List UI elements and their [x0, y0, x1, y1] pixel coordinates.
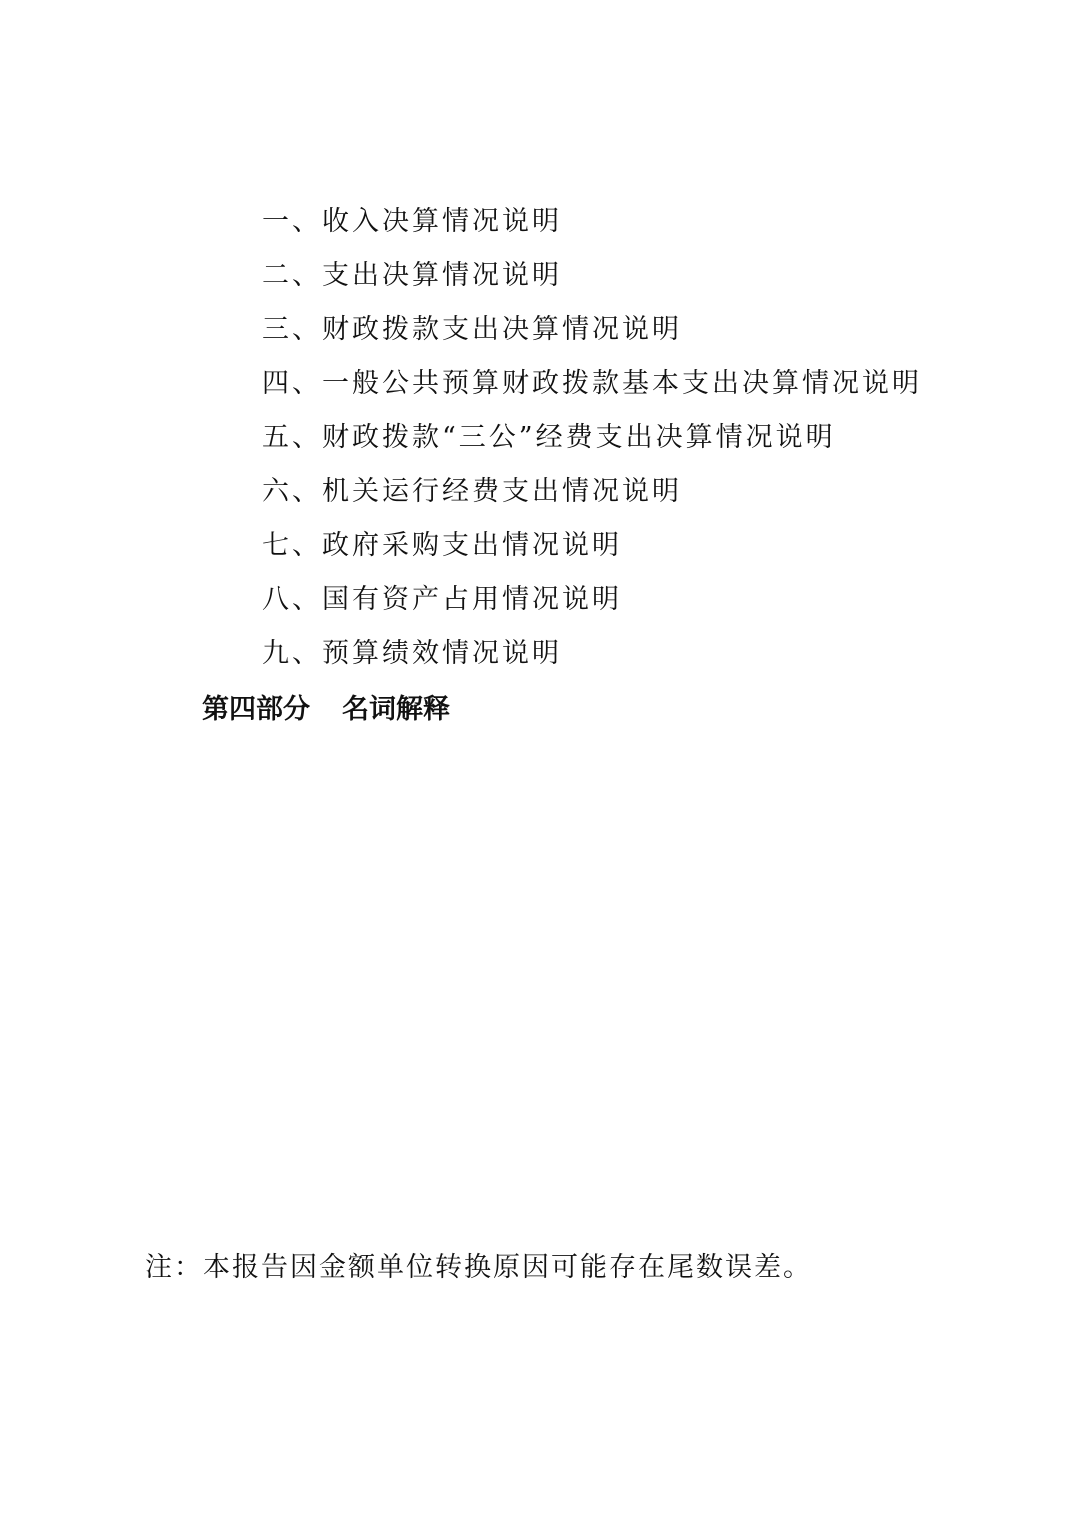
- section-title: 名词解释: [342, 694, 450, 725]
- section-heading-part-four: 第四部分名词解释: [202, 694, 450, 726]
- toc-item-procurement: 七、政府采购支出情况说明: [262, 530, 622, 562]
- footnote: 注：本报告因金额单位转换原因可能存在尾数误差。: [145, 1252, 812, 1284]
- section-part-label: 第四部分: [202, 694, 310, 725]
- toc-item-expenditure: 二、支出决算情况说明: [262, 260, 562, 292]
- toc-item-income: 一、收入决算情况说明: [262, 206, 562, 238]
- toc-item-operating-costs: 六、机关运行经费支出情况说明: [262, 476, 682, 508]
- toc-item-performance: 九、预算绩效情况说明: [262, 638, 562, 670]
- toc-item-three-public: 五、财政拨款“三公”经费支出决算情况说明: [262, 422, 836, 454]
- toc-item-state-assets: 八、国有资产占用情况说明: [262, 584, 622, 616]
- toc-item-fiscal-appropriation: 三、财政拨款支出决算情况说明: [262, 314, 682, 346]
- toc-item-basic-expenditure: 四、一般公共预算财政拨款基本支出决算情况说明: [262, 368, 922, 400]
